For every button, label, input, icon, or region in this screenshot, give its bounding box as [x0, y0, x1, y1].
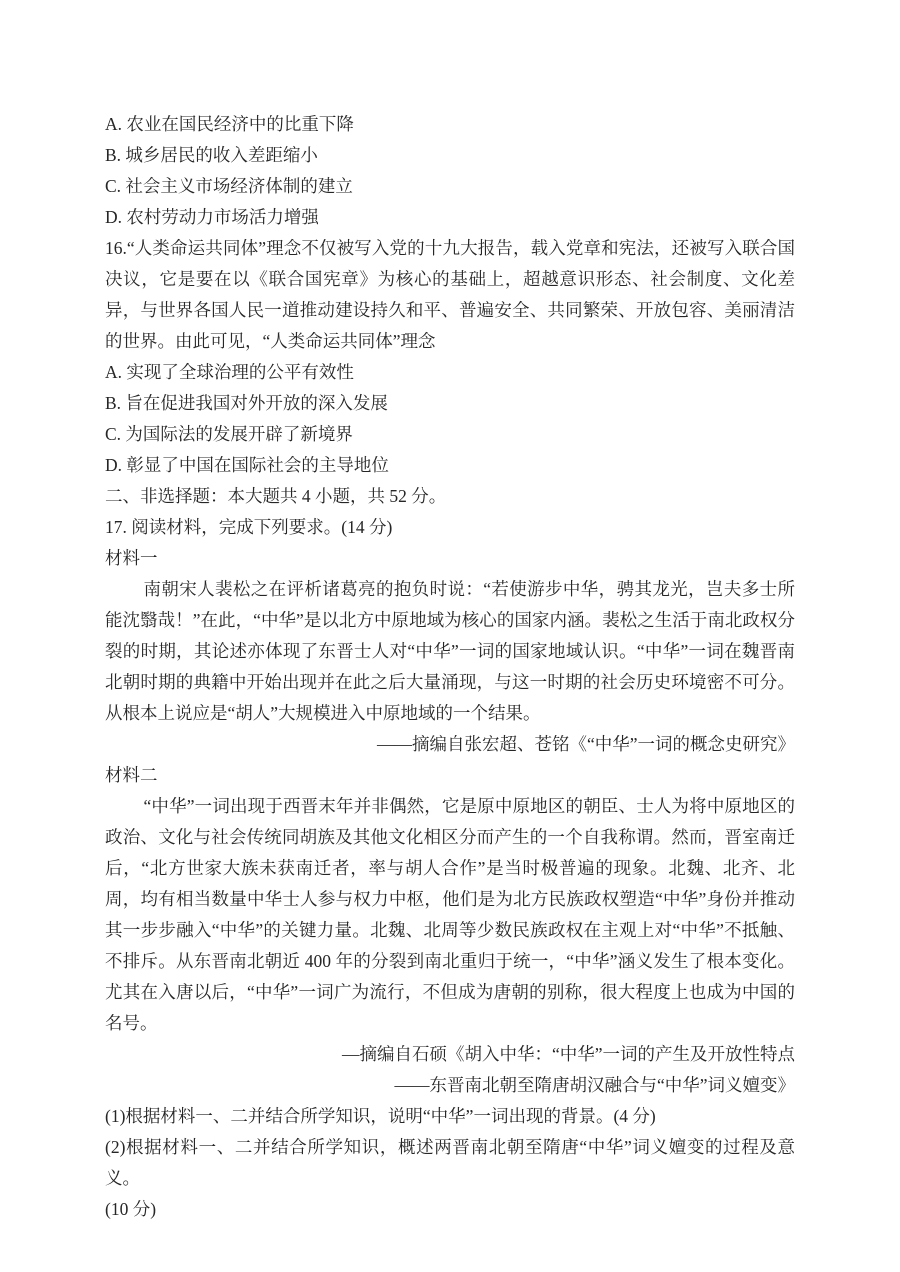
- question17-subquestion-1: (1)根据材料一、二并结合所学知识，说明“中华”一词出现的背景。(4 分): [105, 1101, 795, 1132]
- material-2-paragraph: “中华”一词出现于西晋末年并非偶然，它是原中原地区的朝臣、士人为将中原地区的政治…: [105, 791, 795, 1039]
- question17-intro: 17. 阅读材料，完成下列要求。(14 分): [105, 512, 795, 543]
- question16-option-d: D. 彰显了中国在国际社会的主导地位: [105, 450, 795, 481]
- question16-option-b: B. 旨在促进我国对外开放的深入发展: [105, 388, 795, 419]
- material-2-label: 材料二: [105, 760, 795, 791]
- material-1-label: 材料一: [105, 543, 795, 574]
- question15-option-c: C. 社会主义市场经济体制的建立: [105, 171, 795, 202]
- exam-page-document: A. 农业在国民经济中的比重下降 B. 城乡居民的收入差距缩小 C. 社会主义市…: [0, 0, 900, 1272]
- question17-subquestion-2: (2)根据材料一、二并结合所学知识，概述两晋南北朝至隋唐“中华”词义嬗变的过程及…: [105, 1132, 795, 1194]
- material-2-citation-line2: ——东晋南北朝至隋唐胡汉融合与“中华”词义嬗变》: [105, 1070, 795, 1101]
- material-1-paragraph: 南朝宋人裴松之在评析诸葛亮的抱负时说：“若使游步中华，骋其龙光，岂夫多士所能沈翳…: [105, 574, 795, 729]
- question16-option-a: A. 实现了全球治理的公平有效性: [105, 357, 795, 388]
- material-2-citation-line1: —摘编自石硕《胡入中华：“中华”一词的产生及开放性特点: [105, 1039, 795, 1070]
- material-1-citation: ——摘编自张宏超、苍铭《“中华”一词的概念史研究》: [105, 729, 795, 760]
- question16-option-c: C. 为国际法的发展开辟了新境界: [105, 419, 795, 450]
- question15-option-d: D. 农村劳动力市场活力增强: [105, 202, 795, 233]
- question16-stem: 16.“人类命运共同体”理念不仅被写入党的十九大报告，载入党章和宪法，还被写入联…: [105, 233, 795, 357]
- question17-subquestion-2-score: (10 分): [105, 1194, 795, 1225]
- question15-option-b: B. 城乡居民的收入差距缩小: [105, 140, 795, 171]
- question15-option-a: A. 农业在国民经济中的比重下降: [105, 109, 795, 140]
- section-2-header: 二、非选择题：本大题共 4 小题，共 52 分。: [105, 481, 795, 512]
